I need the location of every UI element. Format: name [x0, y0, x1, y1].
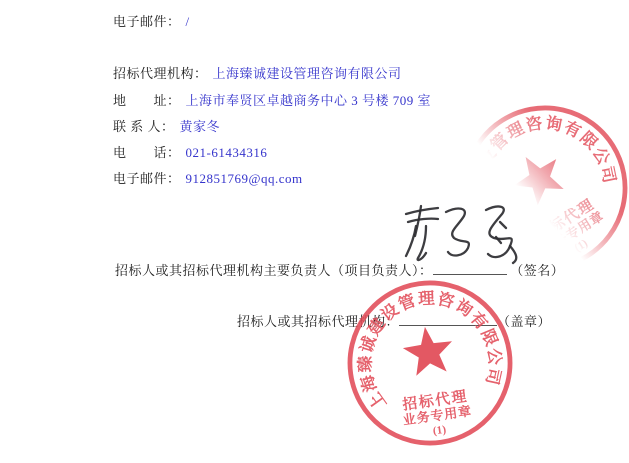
- seal-line3: (1): [432, 424, 447, 438]
- org-seal-line: 招标人或其招标代理机构：（盖章）: [237, 311, 551, 330]
- principal-signature-line: 招标人或其招标代理机构主要负责人（项目负责人）： （签名）: [115, 260, 564, 279]
- field-row-phone: 电 话：021-61434316: [113, 142, 267, 161]
- company-seal-main: 上海臻诚建设管理咨询有限公司 招标代理 业务专用章 (1): [332, 265, 529, 462]
- document-page: 电子邮件：/ 招标代理机构：上海臻诚建设管理咨询有限公司 地 址：上海市奉贤区卓…: [0, 0, 629, 463]
- field-label: 联 系 人：: [113, 119, 175, 134]
- field-label: 电子邮件：: [113, 14, 181, 29]
- field-row-contact: 联 系 人：黄家冬: [113, 116, 220, 135]
- field-row-email-top: 电子邮件：/: [113, 11, 190, 30]
- field-row-address: 地 址：上海市奉贤区卓越商务中心 3 号楼 709 室: [113, 90, 431, 109]
- seal-star-icon: [400, 323, 456, 377]
- seal-ring: [340, 273, 521, 454]
- field-value: 912851769@qq.com: [186, 171, 303, 186]
- org-line-suffix: （盖章）: [497, 314, 551, 329]
- field-row-email: 电子邮件：912851769@qq.com: [113, 168, 303, 187]
- seal-line1: 招标代理: [532, 195, 598, 245]
- field-label: 地 址：: [113, 93, 181, 108]
- seal-company-arc-text: 上海臻诚建设管理咨询有限公司: [345, 278, 510, 416]
- field-value: 021-61434316: [186, 145, 268, 160]
- handwritten-signature: [396, 196, 526, 268]
- svg-text:上海臻诚建设管理咨询有限公司: 上海臻诚建设管理咨询有限公司: [345, 278, 510, 416]
- org-line-label: 招标人或其招标代理机构：: [237, 314, 399, 329]
- field-value: 上海市奉贤区卓越商务中心 3 号楼 709 室: [186, 93, 432, 108]
- field-label: 电 话：: [113, 145, 181, 160]
- field-value: 上海臻诚建设管理咨询有限公司: [213, 66, 402, 81]
- field-row-agency: 招标代理机构：上海臻诚建设管理咨询有限公司: [113, 63, 402, 82]
- seal-line3: (1): [572, 237, 590, 254]
- signature-blank: [433, 262, 507, 275]
- field-value: /: [186, 14, 190, 29]
- seal-blank: [399, 313, 497, 326]
- field-label: 电子邮件：: [113, 171, 181, 186]
- field-label: 招标代理机构：: [113, 66, 208, 81]
- seal-line1: 招标代理: [401, 387, 469, 414]
- field-value: 黄家冬: [180, 119, 221, 134]
- seal-line2: 业务专用章: [402, 403, 473, 428]
- principal-line-label: 招标人或其招标代理机构主要负责人（项目负责人）：: [115, 263, 433, 278]
- principal-line-suffix: （签名）: [510, 263, 564, 278]
- seal-line2: 业务专用章: [540, 208, 607, 258]
